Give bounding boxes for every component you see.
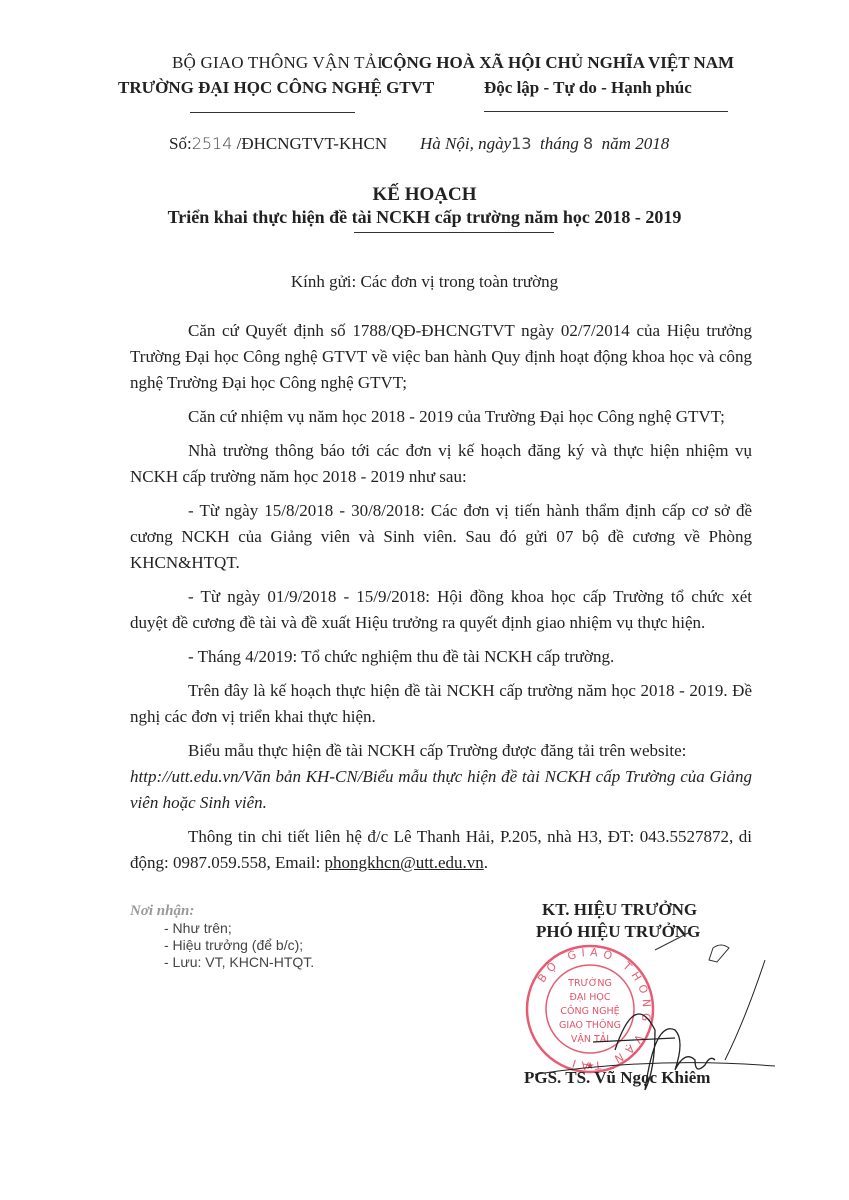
website-path: http://utt.edu.vn/Văn bản KH-CN/Biểu mẫu… — [130, 764, 752, 816]
document-date: Hà Nội, ngày13 tháng 8 năm 2018 — [420, 134, 669, 154]
recipient-item: - Lưu: VT, KHCN-HTQT. — [164, 954, 314, 971]
paragraph: Biểu mẫu thực hiện đề tài NCKH cấp Trườn… — [130, 738, 752, 764]
date-place: Hà Nội, ngày — [420, 134, 511, 153]
national-motto: Độc lập - Tự do - Hạnh phúc — [484, 78, 692, 98]
paragraph: - Từ ngày 01/9/2018 - 15/9/2018: Hội đồn… — [130, 584, 752, 636]
subtitle-underline — [354, 232, 554, 233]
contact-end: . — [484, 853, 488, 872]
document-title: KẾ HOẠCH — [0, 184, 849, 206]
document-number: Số:2514 /ĐHCNGTVT-KHCN — [169, 134, 387, 154]
school-underline — [190, 112, 355, 113]
paragraph: Trên đây là kế hoạch thực hiện đề tài NC… — [130, 678, 752, 730]
signer-name: PGS. TS. Vũ Ngọc Khiêm — [524, 1068, 710, 1088]
recipients-block: Nơi nhận: - Như trên; - Hiệu trưởng (để … — [130, 903, 314, 971]
doc-number-suffix: /ĐHCNGTVT-KHCN — [237, 134, 388, 153]
recipient-item: - Như trên; — [164, 920, 314, 937]
date-year: năm 2018 — [602, 134, 670, 153]
date-day: 13 — [511, 134, 531, 153]
motto-underline — [484, 111, 728, 112]
ministry-name: BỘ GIAO THÔNG VẬN TẢI — [172, 53, 383, 73]
document-body: Căn cứ Quyết định số 1788/QĐ-ĐHCNGTVT ng… — [130, 318, 752, 884]
date-month-label: tháng — [540, 134, 579, 153]
paragraph: Căn cứ nhiệm vụ năm học 2018 - 2019 của … — [130, 404, 752, 430]
paragraph: - Tháng 4/2019: Tổ chức nghiệm thu đề tà… — [130, 644, 752, 670]
document-subtitle: Triển khai thực hiện đề tài NCKH cấp trư… — [0, 207, 849, 228]
greeting: Kính gửi: Các đơn vị trong toàn trường — [0, 272, 849, 292]
signer-title-1: KT. HIỆU TRƯỞNG — [542, 900, 697, 920]
paragraph: Căn cứ Quyết định số 1788/QĐ-ĐHCNGTVT ng… — [130, 318, 752, 396]
country-name: CỘNG HOÀ XÃ HỘI CHỦ NGHĨA VIỆT NAM — [381, 53, 734, 73]
school-name: TRƯỜNG ĐẠI HỌC CÔNG NGHỆ GTVT — [118, 78, 434, 98]
paragraph: - Từ ngày 15/8/2018 - 30/8/2018: Các đơn… — [130, 498, 752, 576]
paragraph: Nhà trường thông báo tới các đơn vị kế h… — [130, 438, 752, 490]
date-month: 8 — [583, 134, 593, 153]
contact-paragraph: Thông tin chi tiết liên hệ đ/c Lê Thanh … — [130, 824, 752, 876]
doc-number-value: 2514 — [192, 134, 233, 153]
document-page: BỘ GIAO THÔNG VẬN TẢI TRƯỜNG ĐẠI HỌC CÔN… — [0, 0, 849, 1200]
contact-email-link[interactable]: phongkhcn@utt.edu.vn — [325, 853, 484, 872]
recipients-label: Nơi nhận: — [130, 903, 314, 920]
doc-number-prefix: Số: — [169, 134, 192, 153]
recipient-item: - Hiệu trưởng (để b/c); — [164, 937, 314, 954]
